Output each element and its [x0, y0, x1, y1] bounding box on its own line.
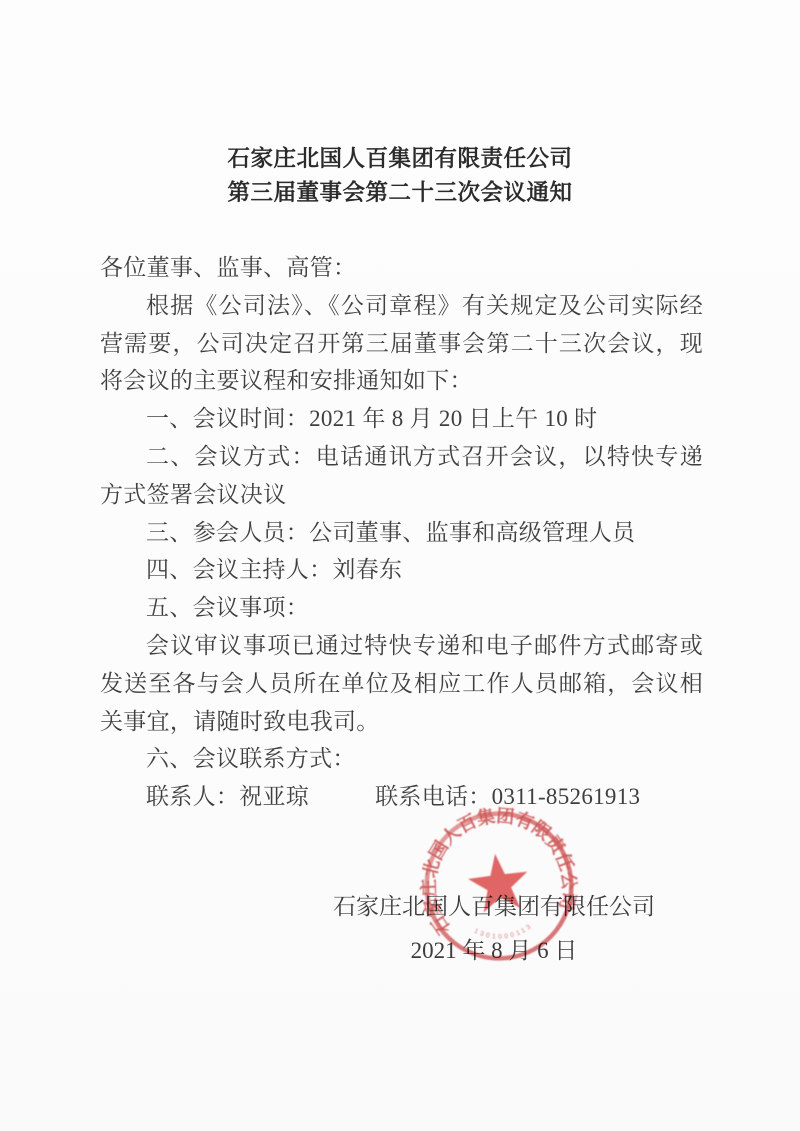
- agenda-item-time: 一、会议时间：2021 年 8 月 20 日上午 10 时: [100, 400, 703, 438]
- contact-person-name: 祝亚琼: [239, 784, 309, 809]
- matters-paragraph: 会议审议事项已通过特快专递和电子邮件方式邮寄或发送至各与会人员所在单位及相应工作…: [100, 627, 703, 740]
- salutation: 各位董事、监事、高管：: [100, 249, 703, 287]
- agenda-item-matters: 五、会议事项：: [100, 589, 703, 627]
- contact-phone-label: 联系电话：: [375, 784, 492, 809]
- document-page: 石家庄北国人百集团有限责任公司 第三届董事会第二十三次会议通知 各位董事、监事、…: [0, 0, 800, 1131]
- agenda-item-attendees: 三、参会人员：公司董事、监事和高级管理人员: [100, 514, 703, 552]
- contact-line: 联系人：祝亚琼联系电话：0311-85261913: [100, 778, 703, 816]
- doc-body: 各位董事、监事、高管： 根据《公司法》、《公司章程》有关规定及公司实际经营需要，…: [100, 249, 703, 816]
- contact-person-label: 联系人：: [146, 784, 239, 809]
- agenda-item-contact: 六、会议联系方式：: [100, 740, 703, 778]
- agenda-item-method: 二、会议方式：电话通讯方式召开会议，以特快专递方式签署会议决议: [100, 438, 703, 514]
- doc-title-line1: 石家庄北国人百集团有限责任公司: [0, 142, 800, 176]
- doc-title-block: 石家庄北国人百集团有限责任公司 第三届董事会第二十三次会议通知: [0, 142, 800, 210]
- intro-paragraph: 根据《公司法》、《公司章程》有关规定及公司实际经营需要，公司决定召开第三届董事会…: [100, 287, 703, 400]
- agenda-item-host: 四、会议主持人：刘春东: [100, 551, 703, 589]
- doc-title-line2: 第三届董事会第二十三次会议通知: [0, 176, 800, 210]
- signature-company: 石家庄北国人百集团有限任公司: [330, 888, 658, 926]
- signature-date: 2021 年 8 月 6 日: [330, 932, 658, 970]
- signature-block: 石家庄北国人百集团有限任公司 2021 年 8 月 6 日: [330, 888, 658, 970]
- contact-phone-number: 0311-85261913: [492, 784, 641, 809]
